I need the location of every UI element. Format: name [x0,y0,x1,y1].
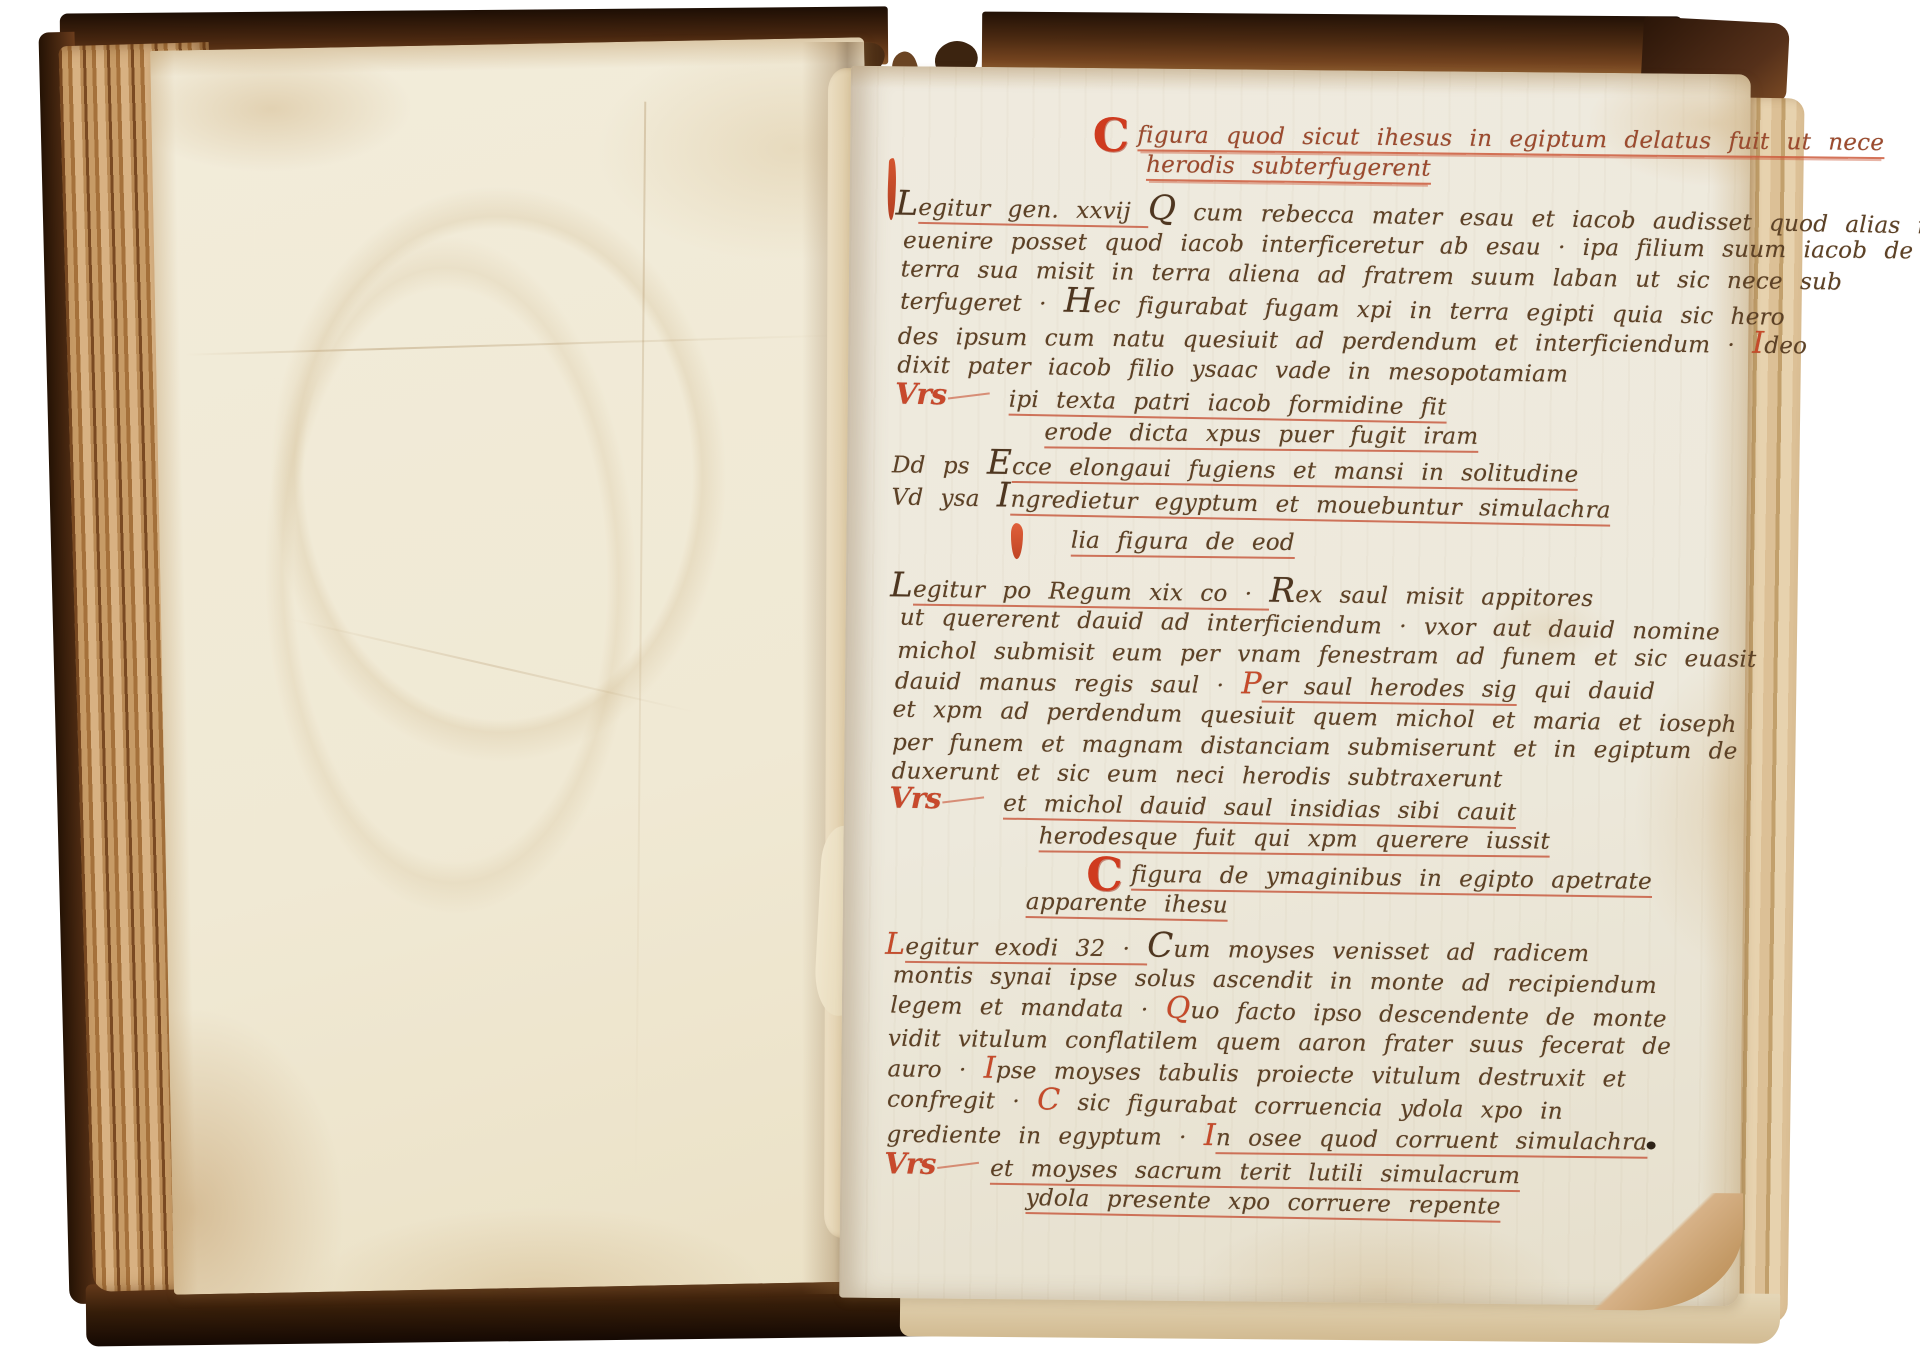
text-segment: C [1147,925,1174,965]
text-segment: L [895,184,919,224]
text-segment: I [984,1051,997,1086]
text-segment: dixit pater iacob filio ysaac vade in me… [897,352,1568,387]
text-segment: n osee quod corruent simulachra [1216,1125,1648,1159]
text-segment: herodis subterfugerent [1146,152,1431,185]
text-segment: terfugeret · [900,289,1064,318]
text-segment: erode dicta xpus puer fugit iram [1044,419,1478,453]
text-segment: ydola presente xpo corruere repente [1025,1185,1500,1223]
text-segment: ngredietur egyptum et mouebuntur simulac… [1010,487,1611,527]
left-page-blank [150,37,888,1294]
text-segment: Dd ps [892,452,987,479]
text-segment: I [1204,1118,1216,1153]
text-segment: R [1269,571,1295,611]
manuscript-line: lia figura de eod [891,522,1727,567]
open-book: Cfigura quod sicut ihesus in egiptum del… [50,6,1810,1354]
leather-cover-top-right [982,12,1682,75]
text-segment: H [1064,281,1095,322]
text-segment: I [997,475,1011,515]
manuscript-photo: Cfigura quod sicut ihesus in egiptum del… [0,0,1920,1359]
verse-margin-mark: Vrs [895,379,992,411]
text-segment: Q [1148,188,1177,229]
text-segment: L [890,565,913,605]
text-segment: P [1241,666,1262,701]
text-segment: I [1752,326,1764,361]
folded-corner [1592,1192,1743,1311]
text-segment: um moyses venisset ad radicem [1173,937,1589,967]
right-page-manuscript: Cfigura quod sicut ihesus in egiptum del… [839,66,1751,1307]
text-segment: deo [1764,333,1807,359]
page-crease [635,102,646,1182]
text-segment: legem et mandata · [890,993,1166,1024]
rubric-teardrop-mark [1011,523,1023,559]
manuscript-text: Cfigura quod sicut ihesus in egiptum del… [882,116,1733,1224]
verse-margin-mark: Vrs [884,1148,981,1179]
page-crease [287,618,697,714]
text-segment: C [1037,1082,1061,1117]
text-segment: Vd ysa [891,484,997,512]
text-segment: L [885,927,906,962]
verse-margin-mark: Vrs [889,782,986,814]
page-crease [184,334,841,355]
text-segment: ex saul misit appitores [1295,582,1593,612]
text-segment: lia figura de eod [1071,528,1295,559]
text-segment: egitur gen. xxvij [918,195,1148,228]
text-segment: apparente ihesu [1026,889,1228,922]
text-segment: Q [1165,991,1190,1026]
text-segment: qui dauid [1516,677,1655,705]
ink-spot [1647,1141,1656,1149]
text-segment: auro · [887,1056,984,1083]
text-segment: confregit · [887,1086,1037,1115]
